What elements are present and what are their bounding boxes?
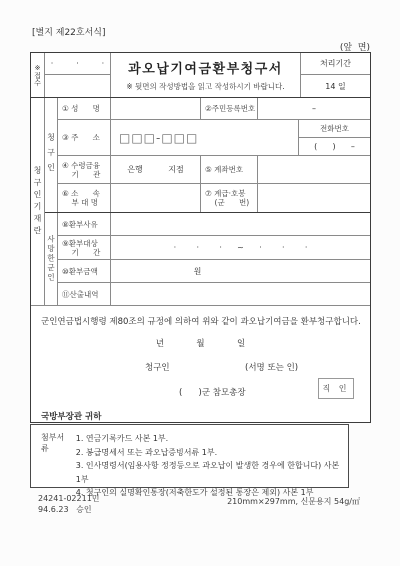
claimant-section: 청구인 ① 성 명 ②주민등록번호 – ③ 주 소 bbox=[45, 98, 370, 213]
processing-period-value: 14 일 bbox=[301, 75, 370, 97]
form-body: 청구인기재란 청구인 ① 성 명 ②주민등록번호 – bbox=[31, 98, 370, 305]
section-strip-label: 청구인기재란 bbox=[32, 166, 43, 238]
declaration-statement: 군인연금법시행령 제80조의 규정에 의하여 위와 같이 과오납기여금을 환부청… bbox=[41, 315, 364, 327]
chief-of-staff-line: ( )군 참모총장 bbox=[179, 386, 246, 398]
attachment-item: 1. 연금기록카드 사본 1부. bbox=[76, 432, 344, 446]
unit-input-cell bbox=[111, 184, 201, 212]
postal-code-boxes: □□□-□□□ bbox=[119, 131, 198, 145]
title-cell: 과오납기여금환부청구서 ※ 뒷면의 작성방법을 읽고 작성하시기 바랍니다. bbox=[111, 53, 301, 97]
attachments-label: 첨부서류 bbox=[41, 432, 71, 500]
account-label: ⑤ 계좌번호 bbox=[201, 156, 258, 184]
signature-area: 군인연금법시행령 제80조의 규정에 의하여 위와 같이 과오납기여금을 환부청… bbox=[31, 305, 370, 422]
resident-no-label: ②주민등록번호 bbox=[201, 98, 258, 120]
calc-detail-input-cell bbox=[111, 283, 370, 305]
claimant-strip-label: 청구인 bbox=[46, 133, 57, 178]
addressee: 국방부장관 귀하 bbox=[41, 410, 101, 422]
name-row: ① 성 명 ②주민등록번호 – bbox=[58, 98, 370, 120]
refund-reason-label: ⑧환부사유 bbox=[58, 213, 111, 236]
address-label: ③ 주 소 bbox=[58, 120, 111, 156]
form-reference: [별지 제22호서식] bbox=[32, 25, 106, 38]
doc-number: 24241-02211민 bbox=[38, 494, 100, 505]
attachments-list: 1. 연금기록카드 사본 1부. 2. 봉급명세서 또는 과오납증빙서류 1부.… bbox=[76, 432, 344, 500]
receipt-stamp-label: ※접수 bbox=[33, 64, 43, 86]
refund-period-row: ⑨환부대상 기 간 · · · ~ · · · bbox=[58, 236, 370, 260]
receipt-number-cell bbox=[45, 75, 110, 97]
paper-spec: 210mm×297mm, 신문용지 54g/㎡ bbox=[227, 496, 360, 507]
rank-label-line1: ⑦ 계급·호봉 bbox=[205, 189, 257, 198]
name-label: ① 성 명 bbox=[58, 98, 111, 120]
refund-strip-label: 사망한군인 bbox=[46, 235, 57, 283]
refund-amount-unit: 원 bbox=[111, 260, 370, 283]
bank-label-line1: ④ 수령금융 bbox=[62, 161, 110, 170]
refund-reason-row: ⑧환부사유 bbox=[58, 213, 370, 236]
rank-input-cell bbox=[258, 184, 370, 212]
footer-doc-info: 24241-02211민 94.6.23 승인 bbox=[38, 494, 100, 515]
bank-label: ④ 수령금융 기 관 bbox=[58, 156, 111, 184]
resident-no-value: – bbox=[258, 98, 370, 120]
attachment-item: 2. 봉급명세서 또는 과오납증빙서류 1부. bbox=[76, 446, 344, 460]
refund-period-label-line2: 기 간 bbox=[62, 248, 110, 257]
claimant-sign-label: 청구인 bbox=[145, 361, 170, 373]
receipt-date-placeholder: · · · bbox=[45, 53, 110, 75]
processing-period-cell: 처리기간 14 일 bbox=[301, 53, 370, 97]
refund-reason-input-cell bbox=[111, 213, 370, 236]
bank-row: ④ 수령금융 기 관 은행 지점 ⑤ 계좌번호 bbox=[58, 156, 370, 184]
refund-period-label-line1: ⑨환부대상 bbox=[62, 239, 110, 248]
rank-label-line2: (군 번) bbox=[205, 198, 257, 207]
form-title: 과오납기여금환부청구서 bbox=[128, 58, 283, 77]
name-input-cell bbox=[111, 98, 201, 120]
unit-label: ⑥ 소 속 부 대 명 bbox=[58, 184, 111, 212]
main-form-table: ※접수 · · · 과오납기여금환부청구서 ※ 뒷면의 작성방법을 읽고 작성하… bbox=[30, 52, 371, 423]
receipt-stamp-cell: ※접수 bbox=[31, 53, 45, 97]
form-header-row: ※접수 · · · 과오납기여금환부청구서 ※ 뒷면의 작성방법을 읽고 작성하… bbox=[31, 53, 370, 98]
attachment-item: 3. 인사명령서(임용사항 정정등으로 과오납이 발생한 경우에 한합니다) 사… bbox=[76, 459, 344, 486]
attachments-box: 첨부서류 1. 연금기록카드 사본 1부. 2. 봉급명세서 또는 과오납증빙서… bbox=[30, 424, 349, 488]
official-seal-box: 직 인 bbox=[318, 378, 354, 399]
refund-amount-row: ⑩환부금액 원 bbox=[58, 260, 370, 283]
phone-cell: 전화번호 ( ) – bbox=[299, 120, 370, 156]
section-strip: 청구인기재란 bbox=[31, 98, 45, 305]
form-page: [별지 제22호서식] (앞 면) ※접수 · · · 과오납기여금환부청구서 … bbox=[0, 0, 400, 566]
processing-period-label: 처리기간 bbox=[301, 53, 370, 75]
refund-strip: 사망한군인 bbox=[45, 213, 58, 305]
instruction-note: ※ 뒷면의 작성방법을 읽고 작성하시기 바랍니다. bbox=[126, 81, 284, 92]
claimant-strip: 청구인 bbox=[45, 98, 58, 212]
refund-period-value: · · · ~ · · · bbox=[111, 236, 370, 260]
rank-label: ⑦ 계급·호봉 (군 번) bbox=[201, 184, 258, 212]
refund-amount-label: ⑩환부금액 bbox=[58, 260, 111, 283]
address-row: ③ 주 소 □□□-□□□ 전화번호 ( ) – bbox=[58, 120, 370, 156]
approval-date: 94.6.23 승인 bbox=[38, 505, 100, 516]
calc-detail-row: ⑪산출내역 bbox=[58, 283, 370, 305]
bank-value-cell: 은행 지점 bbox=[111, 156, 201, 184]
unit-row: ⑥ 소 속 부 대 명 ⑦ 계급·호봉 (군 번) bbox=[58, 184, 370, 212]
unit-label-line1: ⑥ 소 속 bbox=[62, 189, 110, 198]
account-input-cell bbox=[258, 156, 370, 184]
bank-label-line2: 기 관 bbox=[62, 170, 110, 179]
sign-note: (서명 또는 인) bbox=[245, 361, 298, 373]
refund-period-label: ⑨환부대상 기 간 bbox=[58, 236, 111, 260]
address-input-cell: □□□-□□□ bbox=[111, 120, 299, 156]
declaration-date-line: 년 월 일 bbox=[31, 337, 370, 349]
receipt-date-cell: · · · bbox=[45, 53, 111, 97]
calc-detail-label: ⑪산출내역 bbox=[58, 283, 111, 305]
phone-label: 전화번호 bbox=[299, 120, 370, 138]
unit-label-line2: 부 대 명 bbox=[62, 198, 110, 207]
refund-section: 사망한군인 ⑧환부사유 ⑨환부대상 기 간 · bbox=[45, 213, 370, 305]
phone-value: ( ) – bbox=[299, 138, 370, 156]
